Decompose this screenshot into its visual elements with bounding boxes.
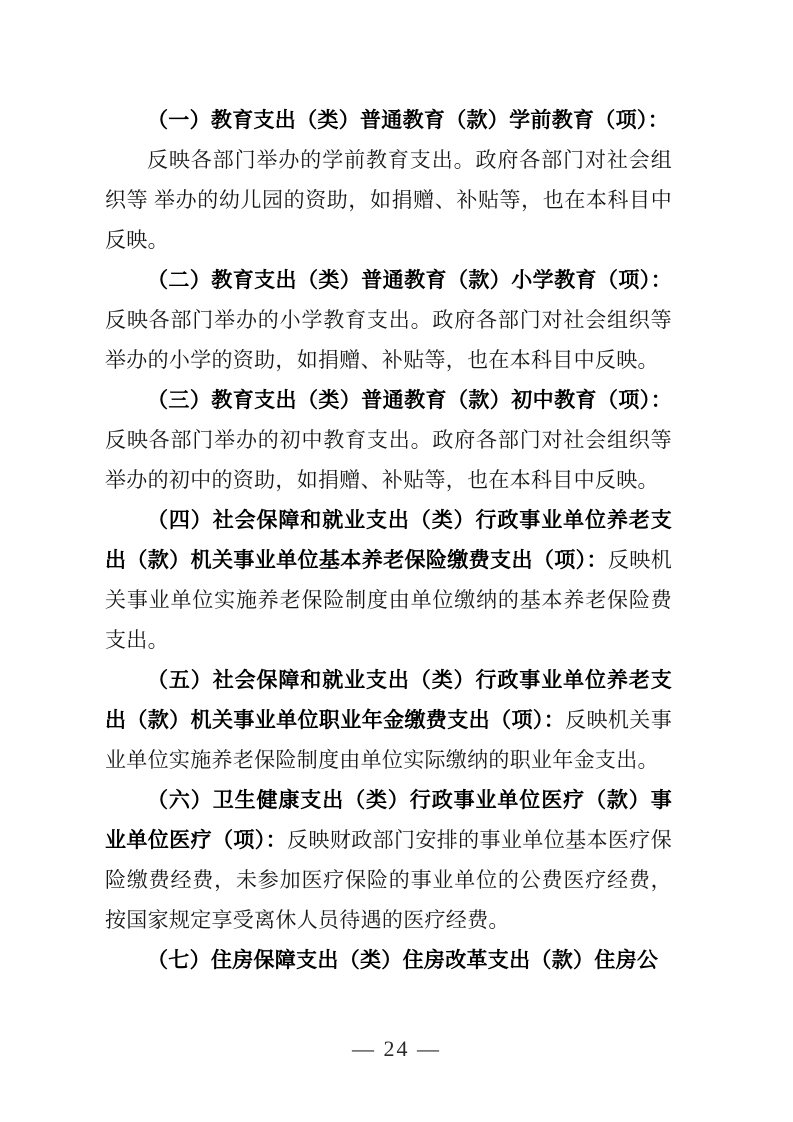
section-heading-text: （七）住房保障支出（类）住房改革支出（款）住房公 [147, 948, 658, 972]
section-item-7: （七）住房保障支出（类）住房改革支出（款）住房公 [105, 940, 672, 980]
section-heading-text: （二）教育支出（类）普通教育（款）小学教育（项）： [147, 268, 672, 292]
page-number: — 24 — [0, 1036, 793, 1062]
section-body-text: 反映各部门举办的小学教育支出。政府各部门对社会组织等举办的小学的资助，如捐赠、补… [105, 308, 672, 372]
section-heading-text: （四）社会保障和就业支出（类）行政事业单位养老支出（款）机关事业单位基本养老保险… [105, 508, 672, 572]
document-content: （一）教育支出（类）普通教育（款）学前教育（项）： 反映各部门举办的学前教育支出… [105, 100, 672, 980]
section-heading-text: （一）教育支出（类）普通教育（款）学前教育（项）： [147, 108, 669, 132]
section-body-text: 反映各部门举办的学前教育支出。政府各部门对社会组织等 举办的幼儿园的资助，如捐赠… [105, 148, 672, 252]
section-item-1-body: 反映各部门举办的学前教育支出。政府各部门对社会组织等 举办的幼儿园的资助，如捐赠… [105, 140, 672, 260]
section-item-6: （六）卫生健康支出（类）行政事业单位医疗（款）事业单位医疗（项）：反映财政部门安… [105, 780, 672, 940]
section-item-2: （二）教育支出（类）普通教育（款）小学教育（项）：反映各部门举办的小学教育支出。… [105, 260, 672, 380]
section-item-5: （五）社会保障和就业支出（类）行政事业单位养老支出（款）机关事业单位职业年金缴费… [105, 660, 672, 780]
section-heading-text: （三）教育支出（类）普通教育（款）初中教育（项）： [147, 388, 672, 412]
section-item-3: （三）教育支出（类）普通教育（款）初中教育（项）：反映各部门举办的初中教育支出。… [105, 380, 672, 500]
section-item-1-heading: （一）教育支出（类）普通教育（款）学前教育（项）： [105, 100, 672, 140]
document-page: （一）教育支出（类）普通教育（款）学前教育（项）： 反映各部门举办的学前教育支出… [0, 0, 793, 1122]
section-body-text: 反映各部门举办的初中教育支出。政府各部门对社会组织等举办的初中的资助，如捐赠、补… [105, 428, 672, 492]
section-item-4: （四）社会保障和就业支出（类）行政事业单位养老支出（款）机关事业单位基本养老保险… [105, 500, 672, 660]
